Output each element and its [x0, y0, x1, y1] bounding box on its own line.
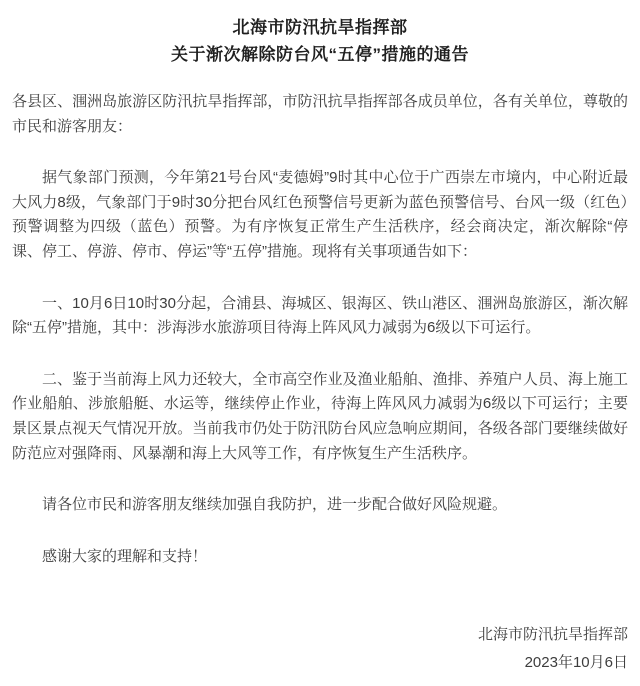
- body-paragraph-2: 一、10月6日10时30分起，合浦县、海城区、银海区、铁山港区、涠洲岛旅游区，渐…: [12, 292, 628, 341]
- signature-date: 2023年10月6日: [12, 649, 628, 677]
- signature-org: 北海市防汛抗旱指挥部: [12, 621, 628, 649]
- salutation-paragraph: 各县区、涠洲岛旅游区防汛抗旱指挥部，市防汛抗旱指挥部各成员单位，各有关单位，尊敬…: [12, 90, 628, 139]
- signature-block: 北海市防汛抗旱指挥部 2023年10月6日: [12, 621, 628, 677]
- body-paragraph-1: 据气象部门预测，今年第21号台风“麦德姆”9时其中心位于广西崇左市境内，中心附近…: [12, 166, 628, 264]
- body-paragraph-5: 感谢大家的理解和支持！: [12, 545, 628, 570]
- body-paragraph-3: 二、鉴于当前海上风力还较大，全市高空作业及渔业船舶、渔排、养殖户人员、海上施工作…: [12, 368, 628, 466]
- notice-page: 北海市防汛抗旱指挥部 关于渐次解除防台风“五停”措施的通告 各县区、涠洲岛旅游区…: [0, 0, 640, 686]
- notice-title-line-1: 北海市防汛抗旱指挥部: [12, 14, 628, 41]
- body-paragraph-4: 请各位市民和游客朋友继续加强自我防护，进一步配合做好风险规避。: [12, 493, 628, 518]
- notice-body: 各县区、涠洲岛旅游区防汛抗旱指挥部，市防汛抗旱指挥部各成员单位，各有关单位，尊敬…: [12, 90, 628, 569]
- notice-title-line-2: 关于渐次解除防台风“五停”措施的通告: [12, 41, 628, 68]
- notice-title: 北海市防汛抗旱指挥部 关于渐次解除防台风“五停”措施的通告: [12, 14, 628, 68]
